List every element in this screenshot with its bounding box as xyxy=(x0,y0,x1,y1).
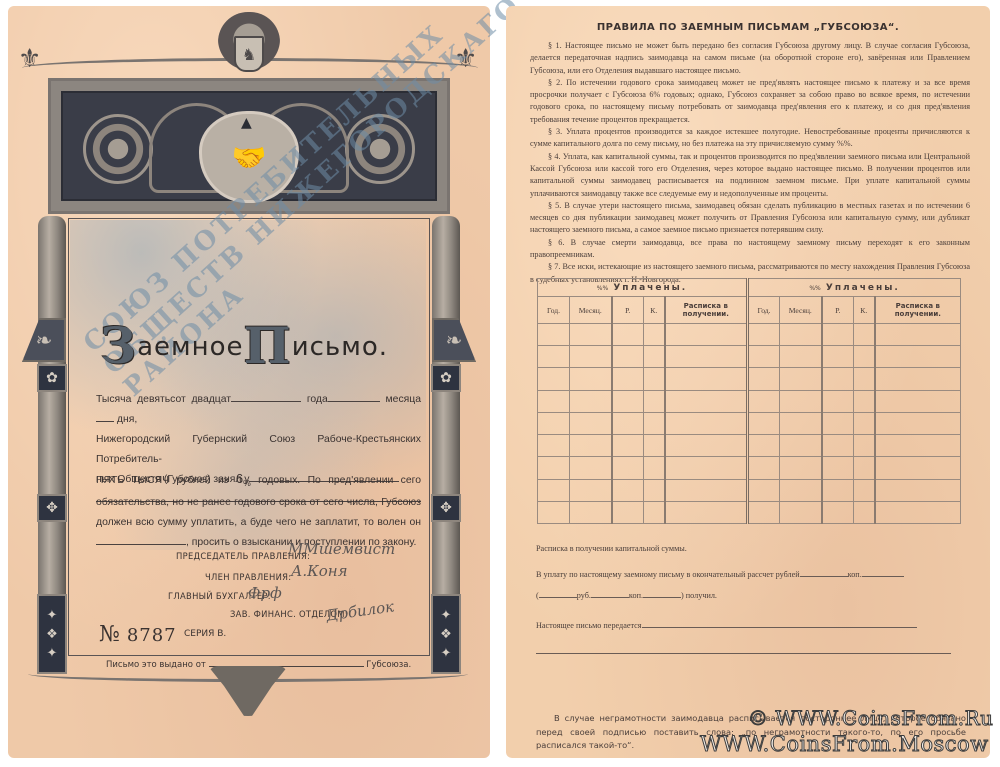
table-cell xyxy=(665,435,748,457)
table-cell xyxy=(665,346,748,368)
pillar-base-ornament: ✦❖✦ xyxy=(37,594,67,674)
table-cell xyxy=(570,324,612,346)
table-cell xyxy=(570,390,612,412)
table-cell xyxy=(822,324,854,346)
table-cell xyxy=(665,412,748,434)
receipt-heading: Расписка в получении капитальной суммы. xyxy=(536,544,687,553)
table-cell xyxy=(748,457,780,479)
column-header-month: Месяц. xyxy=(570,297,612,324)
table-cell xyxy=(612,324,644,346)
bird-banner-icon: ❧ xyxy=(432,318,476,362)
table-cell xyxy=(644,412,665,434)
transfer-blank xyxy=(642,620,917,628)
words-blank xyxy=(539,590,577,598)
table-cell xyxy=(644,346,665,368)
table-cell xyxy=(854,435,875,457)
table-cell xyxy=(665,501,748,523)
table-cell xyxy=(538,457,570,479)
loan-letter-front: ⚜ ⚜ 🤝 ▲ ♞ ❧ ✿ ✥ ✦❖✦ ❧ ✿ ✥ ✦❖✦ СОЮЗ ПОТРЕ… xyxy=(8,6,490,758)
table-cell xyxy=(780,390,822,412)
handwritten-signature: Фрф xyxy=(248,584,282,602)
pomegranate-ornament-icon xyxy=(83,114,153,184)
rule-item: § 4. Уплата, как капитальной суммы, так … xyxy=(530,151,970,200)
table-cell xyxy=(538,435,570,457)
table-cell xyxy=(780,501,822,523)
table-cell xyxy=(612,501,644,523)
table-row xyxy=(538,435,961,457)
signatory-label: Член Правления: xyxy=(205,572,291,582)
table-cell xyxy=(748,390,780,412)
table-cell xyxy=(854,324,875,346)
table-cell xyxy=(854,501,875,523)
table-cell xyxy=(570,479,612,501)
table-cell xyxy=(822,412,854,434)
rubles-blank xyxy=(800,569,848,577)
table-cell xyxy=(644,479,665,501)
transfer-line: Настоящее письмо передается xyxy=(536,620,917,630)
table-cell xyxy=(875,457,961,479)
watermark-coinsfrom-moscow: WWW.CoinsFrom.Moscow xyxy=(700,732,989,756)
table-cell xyxy=(854,368,875,390)
table-cell xyxy=(875,324,961,346)
right-column-pillar: ❧ ✿ ✥ ✦❖✦ xyxy=(432,216,460,674)
table-row xyxy=(538,501,961,523)
kopecks-blank xyxy=(862,569,904,577)
series-label: СЕРИЯ В. xyxy=(184,629,226,639)
table-cell xyxy=(644,457,665,479)
table-cell xyxy=(875,346,961,368)
table-cell xyxy=(875,390,961,412)
column-header-receipt: Расписка в получении. xyxy=(665,297,748,324)
rosette-icon: ✿ xyxy=(37,364,67,392)
table-cell xyxy=(570,435,612,457)
table-group-header: %% Уплачены. xyxy=(748,279,961,297)
table-cell xyxy=(780,412,822,434)
table-cell xyxy=(780,479,822,501)
fleur-de-lis-icon: ⚜ xyxy=(18,46,41,72)
table-cell xyxy=(644,501,665,523)
table-cell xyxy=(665,479,748,501)
interest-rate: 6 xyxy=(236,471,243,486)
table-cell xyxy=(854,479,875,501)
loan-amount: ПЯТЬ ТЫСЯЧ xyxy=(96,475,169,486)
table-cell xyxy=(822,390,854,412)
table-cell xyxy=(612,390,644,412)
table-row xyxy=(538,412,961,434)
column-header-month: Месяц. xyxy=(780,297,822,324)
table-cell xyxy=(612,368,644,390)
table-cell xyxy=(875,501,961,523)
table-cell xyxy=(822,501,854,523)
table-cell xyxy=(748,368,780,390)
handwritten-signature: А.Коня xyxy=(291,562,348,580)
watermark-coinsfrom-ru: © WWW.CoinsFrom.Ru xyxy=(748,706,994,730)
table-cell xyxy=(875,435,961,457)
table-cell xyxy=(612,346,644,368)
rules-title: ПРАВИЛА ПО ЗАЕМНЫМ ПИСЬМАМ „ГУБСОЮЗА“. xyxy=(506,22,990,33)
table-cell xyxy=(644,390,665,412)
table-cell xyxy=(644,368,665,390)
table-row xyxy=(538,324,961,346)
column-header-year: Год. xyxy=(538,297,570,324)
table-cell xyxy=(538,368,570,390)
rules-list: § 1. Настоящее письмо не может быть пере… xyxy=(530,40,970,286)
bird-banner-icon: ❧ xyxy=(22,318,66,362)
column-header-rubles: Р. xyxy=(822,297,854,324)
handwritten-signature: ММшемвист xyxy=(288,540,395,558)
table-cell xyxy=(538,390,570,412)
table-cell xyxy=(748,346,780,368)
table-row xyxy=(538,390,961,412)
table-cell xyxy=(748,324,780,346)
table-group-header: %% Уплачены. xyxy=(538,279,748,297)
table-cell xyxy=(538,479,570,501)
table-cell xyxy=(780,368,822,390)
rule-item: § 1. Настоящее письмо не может быть пере… xyxy=(530,40,970,77)
table-cell xyxy=(612,412,644,434)
table-cell xyxy=(854,412,875,434)
column-header-year: Год. xyxy=(748,297,780,324)
table-cell xyxy=(665,390,748,412)
table-cell xyxy=(822,368,854,390)
day-blank xyxy=(96,412,114,422)
table-cell xyxy=(875,368,961,390)
table-cell xyxy=(854,346,875,368)
table-cell xyxy=(748,435,780,457)
words-blank xyxy=(643,590,681,598)
table-cell xyxy=(780,346,822,368)
rosette-icon: ✥ xyxy=(431,494,461,522)
table-row xyxy=(538,368,961,390)
triangle-emblem-icon: ▲ xyxy=(241,115,252,131)
table-cell xyxy=(538,501,570,523)
table-cell xyxy=(612,479,644,501)
table-cell xyxy=(854,390,875,412)
left-column-pillar: ❧ ✿ ✥ ✦❖✦ xyxy=(38,216,66,674)
rule-item: § 2. По истечении годового срока заимода… xyxy=(530,77,970,126)
table-cell xyxy=(644,324,665,346)
table-cell xyxy=(748,479,780,501)
words-blank xyxy=(591,590,629,598)
column-header-rubles: Р. xyxy=(612,297,644,324)
nizhny-novgorod-deer-crest: ♞ xyxy=(234,36,264,72)
year-blank xyxy=(231,392,301,402)
table-cell xyxy=(780,435,822,457)
receipt-words-line: (руб.коп.) получил. xyxy=(536,590,717,600)
table-cell xyxy=(570,501,612,523)
table-cell xyxy=(538,346,570,368)
interest-payments-table: %% Уплачены. %% Уплачены. Год. Месяц. Р.… xyxy=(537,278,961,524)
table-row xyxy=(538,346,961,368)
table-cell xyxy=(570,412,612,434)
table-cell xyxy=(748,412,780,434)
table-cell xyxy=(612,457,644,479)
table-cell xyxy=(612,435,644,457)
table-cell xyxy=(780,457,822,479)
table-row xyxy=(538,457,961,479)
table-cell xyxy=(854,457,875,479)
month-blank xyxy=(328,392,380,402)
rosette-icon: ✿ xyxy=(431,364,461,392)
handshake-icon: 🤝 xyxy=(232,141,267,174)
rule-item: § 6. В случае смерти заимодавца, все пра… xyxy=(530,237,970,262)
deer-icon: ♞ xyxy=(242,45,256,64)
column-header-kopecks: К. xyxy=(644,297,665,324)
table-cell xyxy=(822,457,854,479)
table-cell xyxy=(665,324,748,346)
table-cell xyxy=(748,501,780,523)
rosette-icon: ✥ xyxy=(37,494,67,522)
serial-number: № 8787 xyxy=(99,622,177,647)
table-cell xyxy=(665,457,748,479)
table-cell xyxy=(570,457,612,479)
table-cell xyxy=(822,435,854,457)
table-cell xyxy=(644,435,665,457)
table-body xyxy=(538,324,961,524)
remedy-blank xyxy=(96,535,186,545)
column-header-receipt: Расписка в получении. xyxy=(875,297,961,324)
bottom-pendant-ornament xyxy=(208,666,288,716)
table-cell xyxy=(570,346,612,368)
receipt-amount-line: В уплату по настоящему заемному письму в… xyxy=(536,569,904,579)
table-cell xyxy=(822,346,854,368)
document-title: ЗаемноеПисьмо. xyxy=(100,316,430,375)
column-header-kopecks: К. xyxy=(854,297,875,324)
table-cell xyxy=(780,324,822,346)
loan-letter-back: ПРАВИЛА ПО ЗАЕМНЫМ ПИСЬМАМ „ГУБСОЮЗА“. §… xyxy=(506,6,990,758)
table-cell xyxy=(538,412,570,434)
table-cell xyxy=(875,412,961,434)
table-cell xyxy=(570,368,612,390)
transfer-line-2 xyxy=(536,646,951,656)
rule-item: § 5. В случае утери настоящего письма, з… xyxy=(530,200,970,237)
table-cell xyxy=(665,368,748,390)
table-cell xyxy=(822,479,854,501)
table-row xyxy=(538,479,961,501)
rule-item: § 3. Уплата процентов производится за ка… xyxy=(530,126,970,151)
table-cell xyxy=(538,324,570,346)
transfer-blank-2 xyxy=(536,646,951,654)
pillar-base-ornament: ✦❖✦ xyxy=(431,594,461,674)
table-cell xyxy=(875,479,961,501)
